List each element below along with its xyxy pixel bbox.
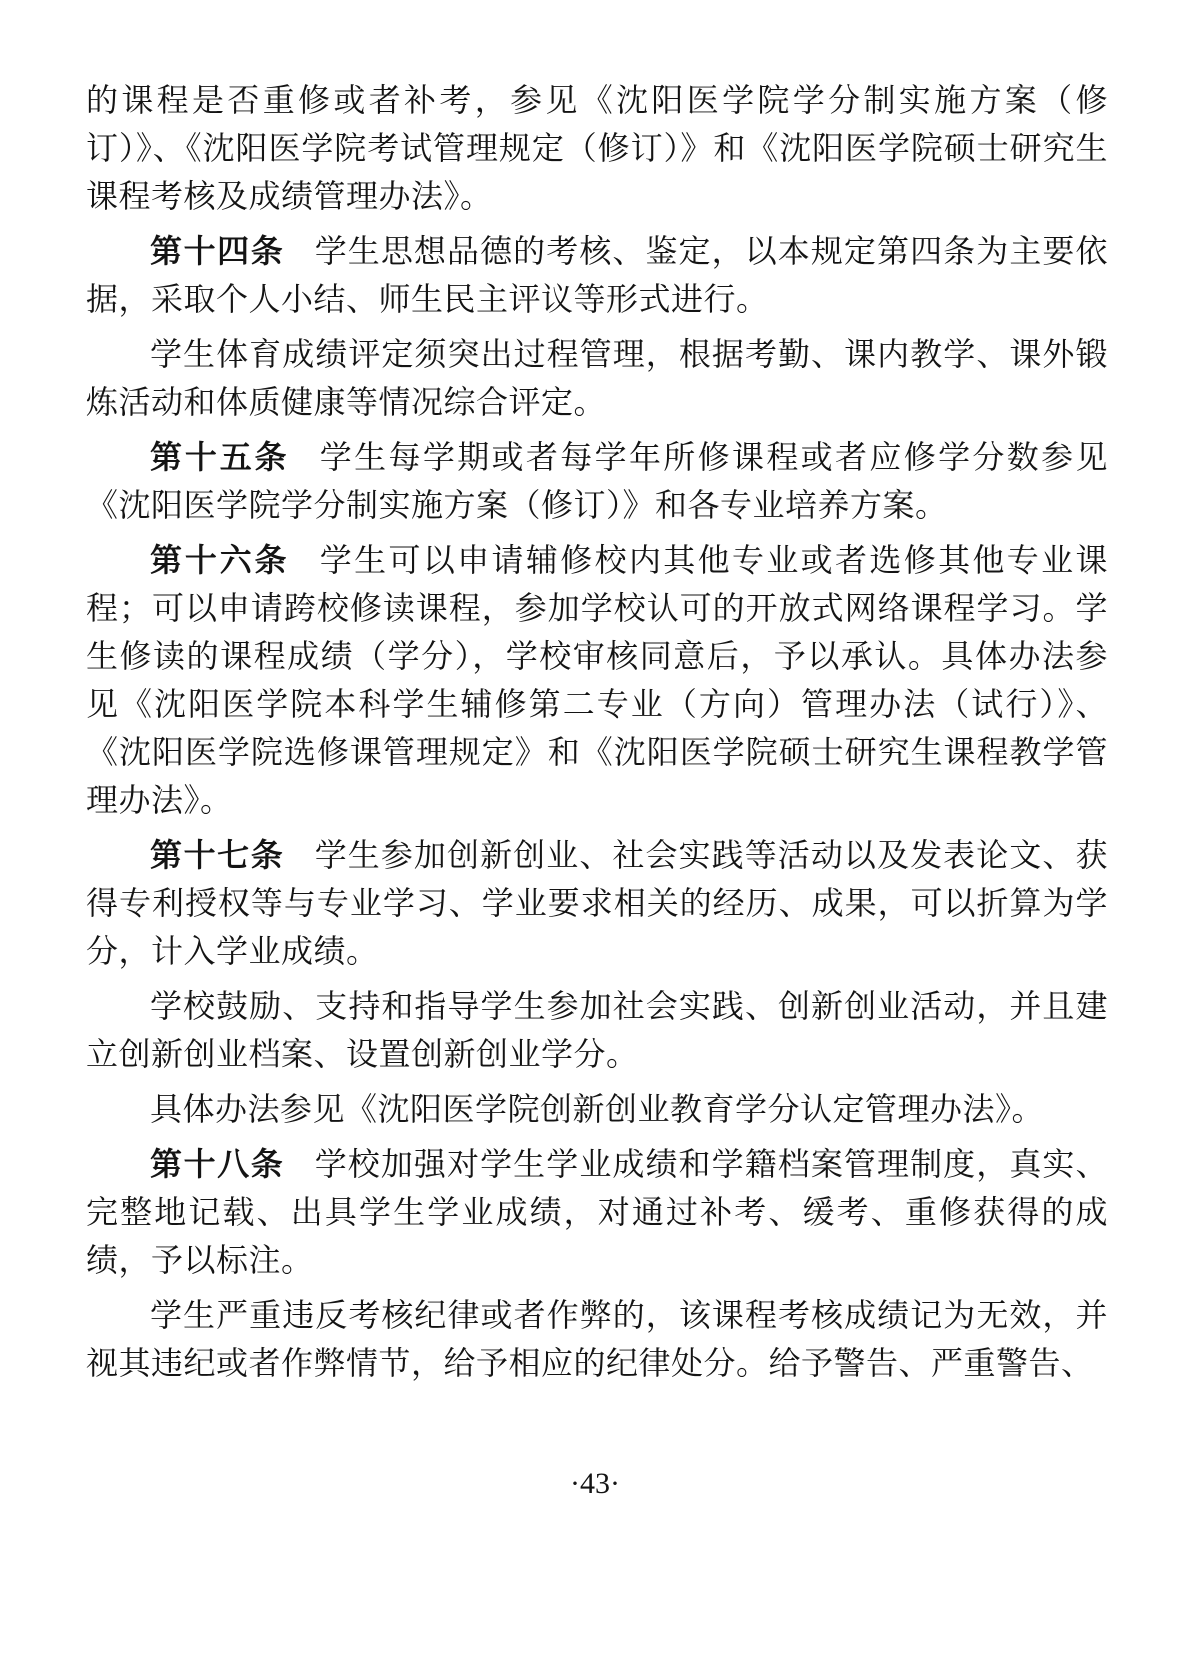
paragraph-article-14: 第十四条学生思想品德的考核、鉴定，以本规定第四条为主要依据，采取个人小结、师生民…	[86, 227, 1108, 323]
paragraph: 学校鼓励、支持和指导学生参加社会实践、创新创业活动，并且建立创新创业档案、设置创…	[86, 982, 1108, 1078]
article-number: 第十五条	[150, 439, 289, 475]
paragraph-article-17: 第十七条学生参加创新创业、社会实践等活动以及发表论文、获得专利授权等与专业学习、…	[86, 831, 1108, 975]
paragraph: 学生体育成绩评定须突出过程管理，根据考勤、课内教学、课外锻炼活动和体质健康等情况…	[86, 330, 1108, 426]
paragraph-text: 具体办法参见《沈阳医学院创新创业教育学分认定管理办法》。	[150, 1091, 1044, 1127]
paragraph-text: 学生可以申请辅修校内其他专业或者选修其他专业课程；可以申请跨校修读课程，参加学校…	[86, 542, 1108, 818]
paragraph: 学生严重违反考核纪律或者作弊的，该课程考核成绩记为无效，并视其违纪或者作弊情节，…	[86, 1291, 1108, 1387]
article-number: 第十四条	[150, 233, 284, 269]
article-number: 第十七条	[150, 837, 284, 873]
page-number: ·43·	[0, 1466, 1190, 1502]
article-number: 第十八条	[150, 1146, 284, 1182]
article-number: 第十六条	[150, 542, 289, 578]
paragraph-continuation: 的课程是否重修或者补考，参见《沈阳医学院学分制实施方案（修订）》、《沈阳医学院考…	[86, 76, 1108, 220]
paragraph-article-16: 第十六条学生可以申请辅修校内其他专业或者选修其他专业课程；可以申请跨校修读课程，…	[86, 536, 1108, 824]
paragraph-text: 学生体育成绩评定须突出过程管理，根据考勤、课内教学、课外锻炼活动和体质健康等情况…	[86, 336, 1108, 420]
paragraph-text: 学生严重违反考核纪律或者作弊的，该课程考核成绩记为无效，并视其违纪或者作弊情节，…	[86, 1297, 1108, 1381]
paragraph: 具体办法参见《沈阳医学院创新创业教育学分认定管理办法》。	[86, 1085, 1108, 1133]
paragraph-article-15: 第十五条学生每学期或者每学年所修课程或者应修学分数参见《沈阳医学院学分制实施方案…	[86, 433, 1108, 529]
page-body-text: 的课程是否重修或者补考，参见《沈阳医学院学分制实施方案（修订）》、《沈阳医学院考…	[86, 76, 1108, 1394]
paragraph-text: 的课程是否重修或者补考，参见《沈阳医学院学分制实施方案（修订）》、《沈阳医学院考…	[86, 82, 1108, 214]
paragraph-text: 学校鼓励、支持和指导学生参加社会实践、创新创业活动，并且建立创新创业档案、设置创…	[86, 988, 1108, 1072]
document-page: 的课程是否重修或者补考，参见《沈阳医学院学分制实施方案（修订）》、《沈阳医学院考…	[0, 0, 1190, 1670]
paragraph-article-18: 第十八条学校加强对学生学业成绩和学籍档案管理制度，真实、完整地记载、出具学生学业…	[86, 1140, 1108, 1284]
